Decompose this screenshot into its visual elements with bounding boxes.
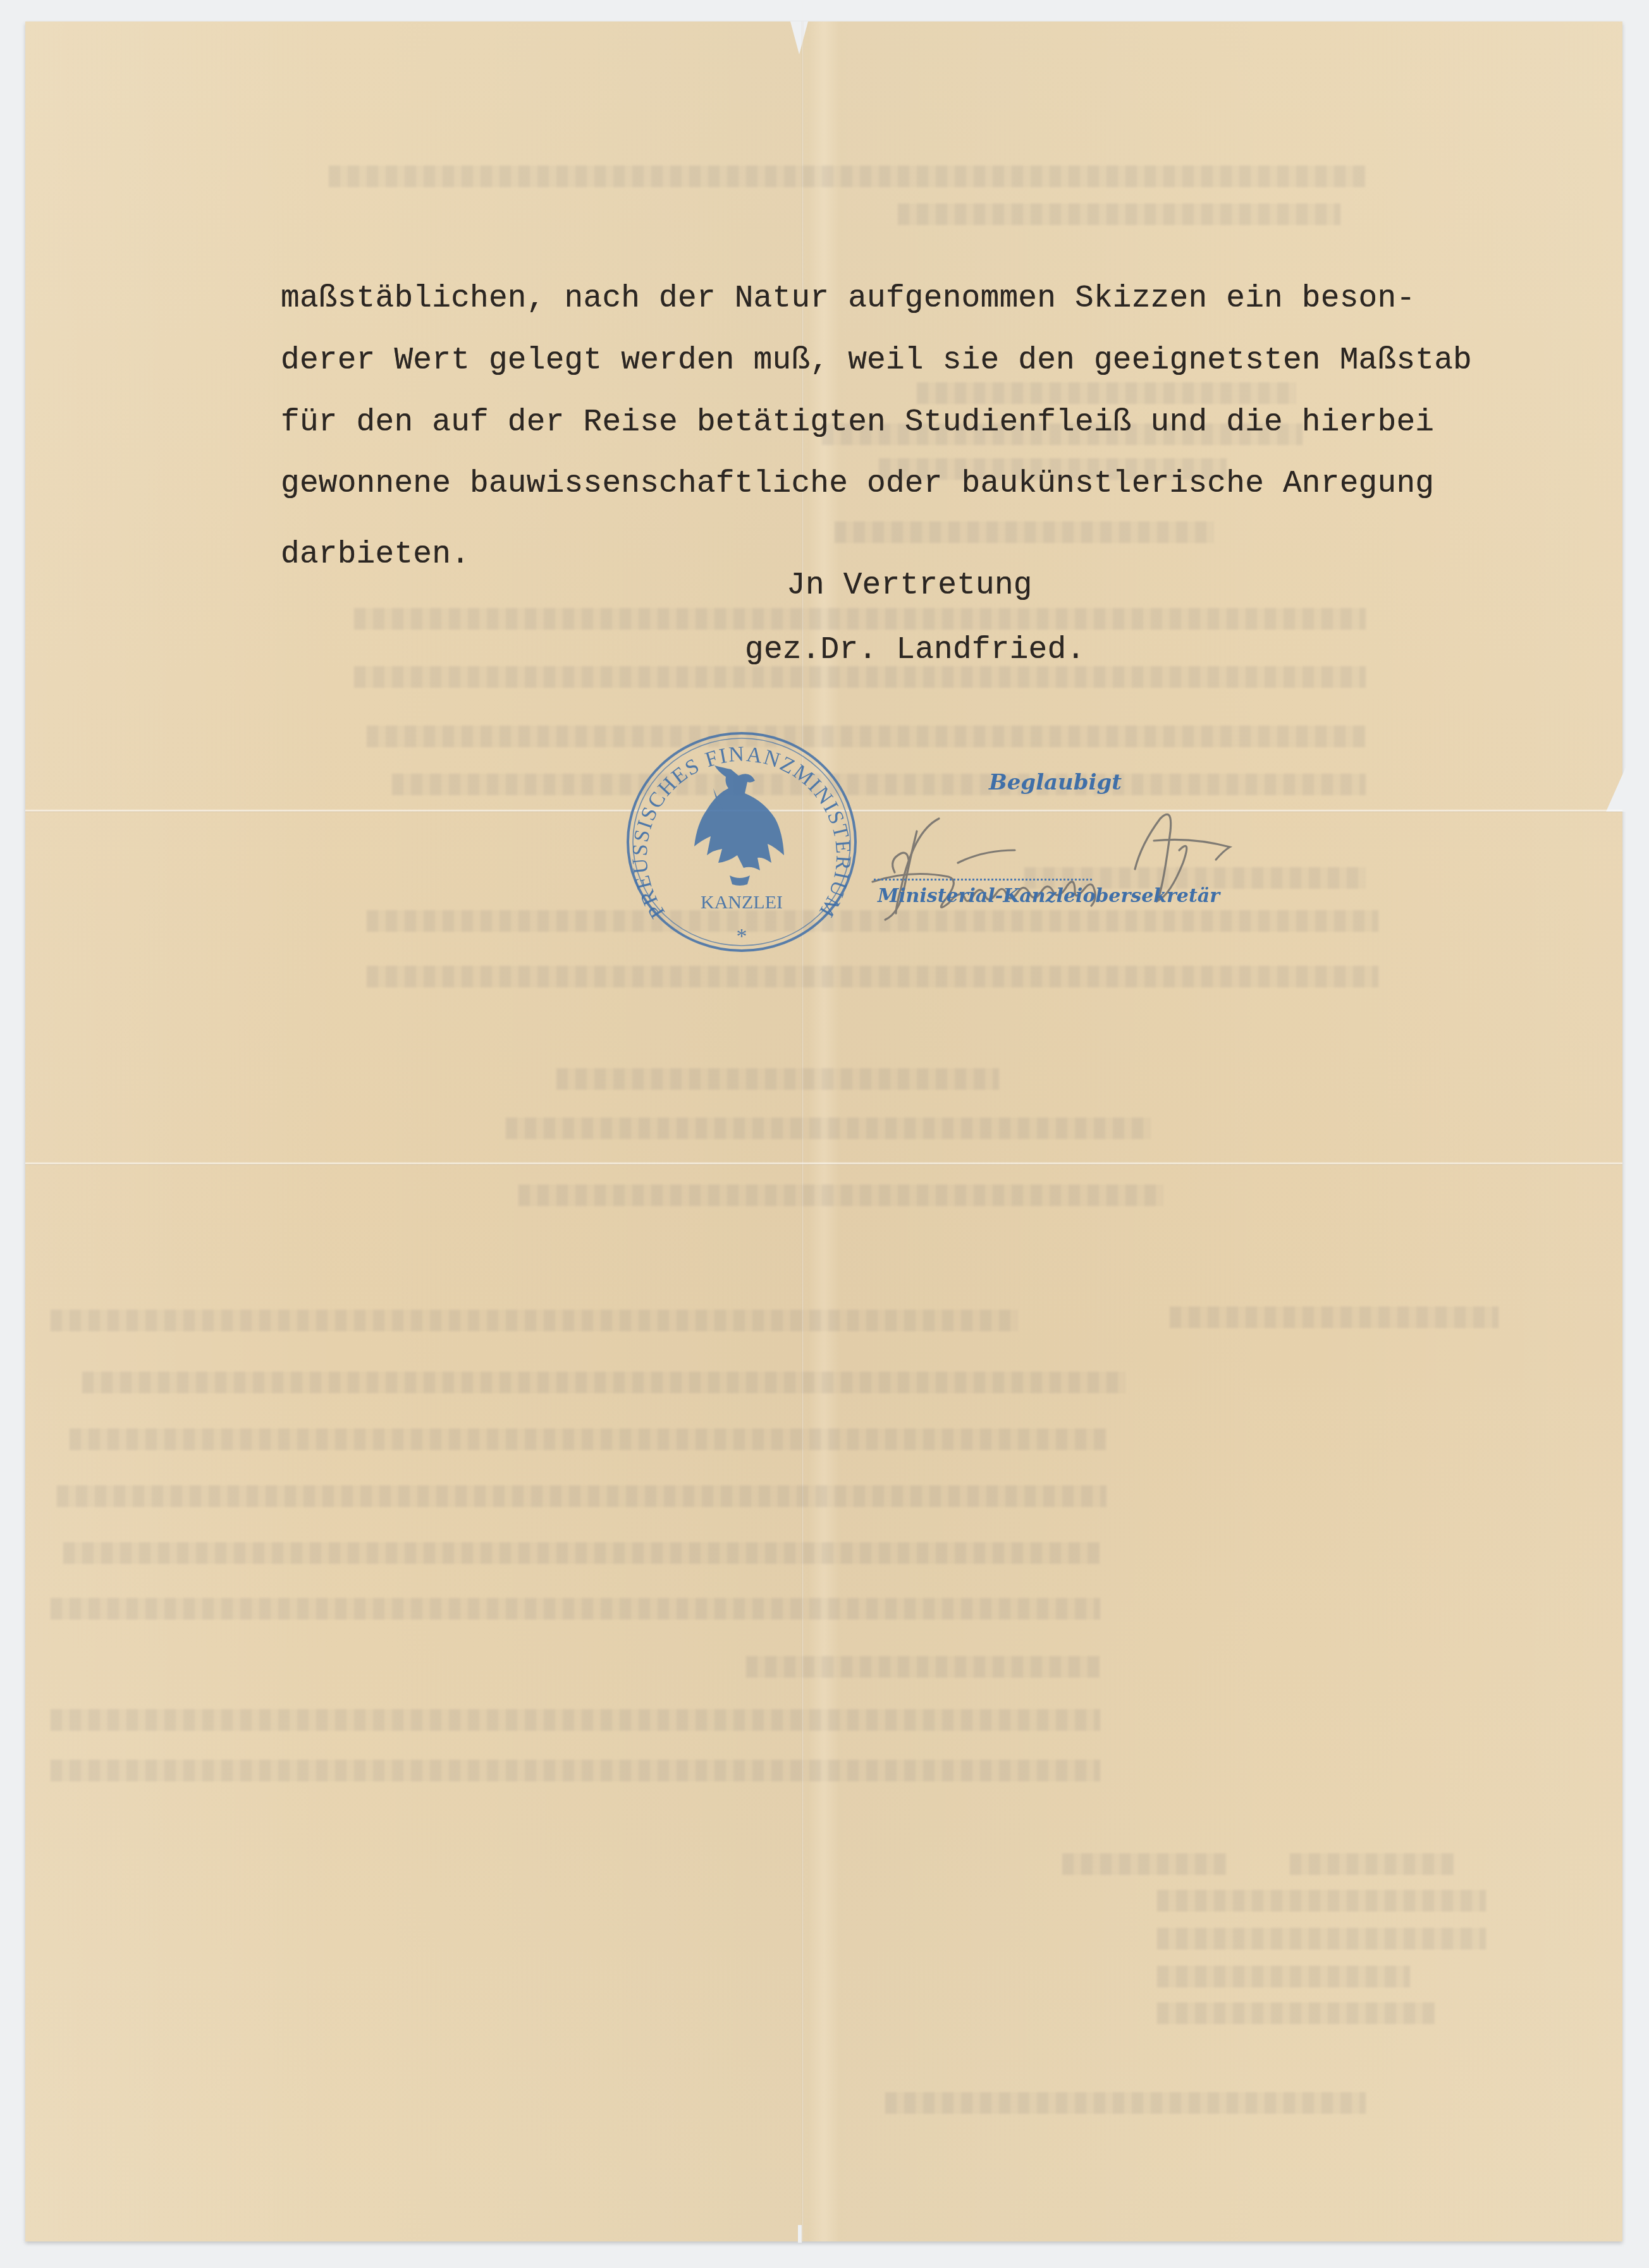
- paper-tear-right: [1606, 766, 1626, 812]
- svg-text:KANZLEI: KANZLEI: [701, 892, 783, 913]
- body-line: derer Wert gelegt werden muß, weil sie d…: [281, 345, 1472, 377]
- closing-signed-name: gez.Dr. Landfried.: [745, 635, 1085, 666]
- body-line: gewonnene bauwissenschaftliche oder bauk…: [281, 468, 1434, 500]
- body-line: maßstäblichen, nach der Natur aufgenomme…: [281, 283, 1415, 315]
- body-line: darbieten.: [281, 539, 470, 571]
- horizontal-fold-line: [25, 1162, 1622, 1165]
- signature-line: [874, 879, 1092, 881]
- closing-in-representation: Jn Vertretung: [787, 570, 1033, 602]
- official-title: Ministerial-Kanzleiobersekretär: [878, 885, 1220, 907]
- official-seal-stamp: PREUSSISCHES FINANZMINISTERIUM KANZLEI *: [618, 725, 865, 959]
- eagle-seal-icon: PREUSSISCHES FINANZMINISTERIUM KANZLEI *: [618, 725, 865, 959]
- paper-tear-top: [790, 21, 808, 54]
- body-line: für den auf der Reise betätigten Studien…: [281, 407, 1434, 439]
- certified-label: Beglaubigt: [989, 770, 1122, 795]
- svg-text:*: *: [737, 925, 747, 948]
